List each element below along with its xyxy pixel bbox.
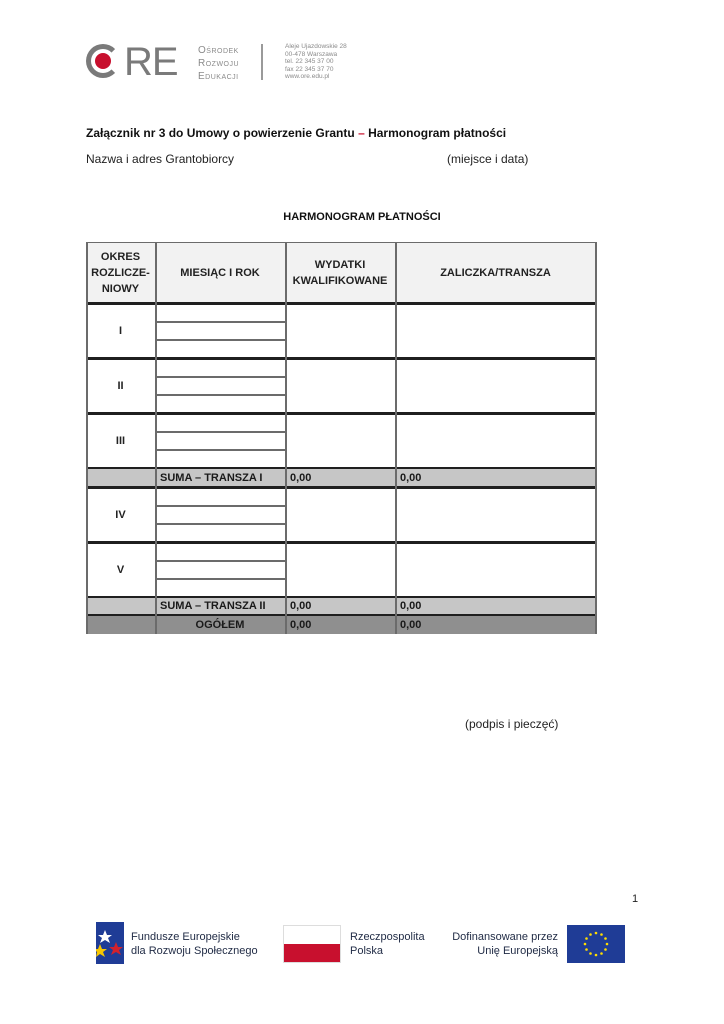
address-line: www.ore.edu.pl — [285, 73, 347, 81]
row-divider — [155, 449, 285, 451]
org-name-line: Edukacji — [198, 70, 239, 83]
title-part-1: Załącznik nr 3 do Umowy o powierzenie Gr… — [86, 126, 358, 140]
address-line: 00-478 Warszawa — [285, 51, 347, 59]
row-divider — [155, 560, 285, 562]
period-label: II — [86, 358, 155, 413]
period-label: IV — [86, 487, 155, 542]
advance-input[interactable] — [395, 542, 596, 597]
total-advance: 0,00 — [400, 615, 421, 635]
month-year-input[interactable] — [155, 523, 285, 541]
column-divider — [86, 242, 88, 634]
month-year-input[interactable] — [155, 376, 285, 394]
month-year-input[interactable] — [155, 542, 285, 560]
pl-text: RzeczpospolitaPolska — [350, 930, 425, 958]
org-name-line: Ośrodek — [198, 44, 239, 57]
row-divider — [155, 376, 285, 378]
month-year-input[interactable] — [155, 449, 285, 467]
address-line: fax 22 345 37 70 — [285, 66, 347, 74]
month-year-input[interactable] — [155, 394, 285, 412]
row-divider — [155, 578, 285, 580]
expenses-input[interactable] — [285, 542, 395, 597]
page-number: 1 — [632, 893, 638, 905]
ore-logo-dot-icon — [95, 53, 111, 69]
column-divider — [155, 242, 157, 634]
expenses-input[interactable] — [285, 358, 395, 413]
title-part-2: Harmonogram płatności — [365, 126, 506, 140]
month-year-input[interactable] — [155, 560, 285, 578]
row-divider — [155, 431, 285, 433]
fe-logo-icon — [96, 922, 124, 964]
sum_tranche_1-label: SUMA – TRANSZA I — [160, 468, 262, 488]
ore-org-name: Ośrodek Rozwoju Edukacji — [198, 44, 239, 83]
header-separator — [261, 44, 263, 80]
total-label: OGÓŁEM — [155, 615, 285, 635]
month-year-input[interactable] — [155, 321, 285, 339]
month-year-input[interactable] — [155, 431, 285, 449]
row-divider — [155, 321, 285, 323]
advance-input[interactable] — [395, 487, 596, 542]
month-year-input[interactable] — [155, 413, 285, 431]
row-divider — [155, 523, 285, 525]
poland-flag-icon — [283, 925, 341, 963]
column-divider — [395, 242, 397, 634]
month-year-input[interactable] — [155, 487, 285, 505]
address-line: tel. 22 345 37 00 — [285, 58, 347, 66]
month-year-input[interactable] — [155, 505, 285, 523]
row-divider — [155, 394, 285, 396]
period-label: V — [86, 542, 155, 597]
total-expenses: 0,00 — [290, 615, 311, 635]
grantee-label: Nazwa i adres Grantobiorcy — [86, 152, 234, 166]
fe-text: Fundusze Europejskiedla Rozwoju Społeczn… — [131, 930, 258, 958]
title-dash: – — [358, 126, 365, 140]
ore-address: Aleje Ujazdowskie 28 00-478 Warszawa tel… — [285, 43, 347, 81]
ore-logo-letters: RE — [124, 40, 178, 84]
header-period: OKRESROZLICZE-NIOWY — [86, 242, 155, 303]
period-label: III — [86, 413, 155, 468]
sum_tranche_1-advance: 0,00 — [400, 468, 421, 488]
eu-flag-icon — [567, 925, 625, 963]
expenses-input[interactable] — [285, 413, 395, 468]
month-year-input[interactable] — [155, 578, 285, 596]
header-advance-tranche: ZALICZKA/TRANSZA — [395, 242, 596, 303]
advance-input[interactable] — [395, 303, 596, 358]
month-year-input[interactable] — [155, 303, 285, 321]
month-year-input[interactable] — [155, 358, 285, 376]
header-eligible-expenses: WYDATKIKWALIFIKOWANE — [285, 242, 395, 303]
header-month-year: MIESIĄC I ROK — [155, 242, 285, 303]
signature-label: (podpis i pieczęć) — [465, 717, 558, 731]
column-divider — [285, 242, 287, 634]
address-line: Aleje Ujazdowskie 28 — [285, 43, 347, 51]
sum_tranche_1-expenses: 0,00 — [290, 468, 311, 488]
ore-logo: RE — [86, 42, 186, 82]
place-date-label: (miejsce i data) — [447, 152, 528, 166]
column-divider — [595, 242, 597, 634]
expenses-input[interactable] — [285, 303, 395, 358]
row-divider — [155, 339, 285, 341]
advance-input[interactable] — [395, 413, 596, 468]
document-title: Załącznik nr 3 do Umowy o powierzenie Gr… — [86, 126, 506, 140]
table-title: HARMONOGRAM PŁATNOŚCI — [0, 211, 724, 223]
eu-text: Dofinansowane przezUnię Europejską — [450, 930, 558, 958]
month-year-input[interactable] — [155, 339, 285, 357]
advance-input[interactable] — [395, 358, 596, 413]
period-label: I — [86, 303, 155, 358]
org-name-line: Rozwoju — [198, 57, 239, 70]
row-divider — [155, 505, 285, 507]
expenses-input[interactable] — [285, 487, 395, 542]
